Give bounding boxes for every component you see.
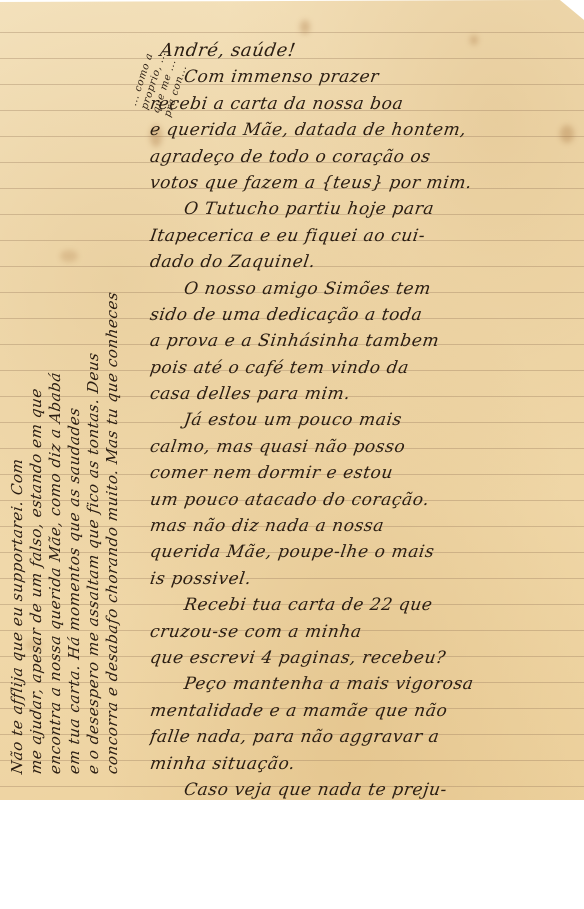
body-line: votos que fazem a {teus} por mim. [148, 170, 584, 196]
body-line: que escrevi 4 paginas, recebeu? [148, 645, 584, 671]
margin-note-line: me ajudar, apesar de um falso, estando e… [27, 0, 46, 791]
margin-note-line: em tua carta. Há momentos que as saudade… [65, 0, 84, 791]
body-line: Itapecerica e eu fiquei ao cui- [148, 223, 584, 249]
body-line: pois até o café tem vindo da [148, 355, 584, 381]
body-line: recebi a carta da nossa boa [148, 91, 584, 117]
body-line: Com immenso prazer [148, 64, 584, 90]
body-line: comer nem dormir e estou [148, 460, 584, 486]
body-line: agradeço de todo o coração os [148, 144, 584, 170]
salutation: André, saúde! [148, 38, 584, 64]
margin-note-line: encontra a nossa querida Mãe, como diz a… [46, 0, 65, 791]
margin-note-line: concorra e desabafo chorando muito. Mas … [103, 0, 122, 791]
body-line: Já estou um pouco mais [148, 407, 584, 433]
body-line: minha situação. [148, 751, 584, 777]
body-line: is possivel. [148, 566, 584, 592]
body-line: querida Mãe, poupe-lhe o mais [148, 539, 584, 565]
body-line: Peço mantenha a mais vigorosa [148, 671, 584, 697]
body-line: sido de uma dedicação a toda [148, 302, 584, 328]
body-line: e querida Mãe, datada de hontem, [148, 117, 584, 143]
body-line: falle nada, para não aggravar a [148, 724, 584, 750]
body-line: calmo, mas quasi não posso [148, 434, 584, 460]
torn-corner [560, 0, 584, 20]
body-line: a prova e a Sinhásinha tambem [148, 328, 584, 354]
margin-note-line: Não te afflija que eu supportarei. Com [8, 0, 27, 791]
body-line: casa delles para mim. [148, 381, 584, 407]
body-line: dado do Zaquinel. [148, 249, 584, 275]
body-line: O nosso amigo Simões tem [148, 276, 584, 302]
body-line: mas não diz nada a nossa [148, 513, 584, 539]
body-line: O Tutucho partiu hoje para [148, 196, 584, 222]
body-line: cruzou-se com a minha [148, 619, 584, 645]
letter-page: ... como a proprio, ... que me ... pra c… [0, 0, 584, 800]
stain-mark [300, 20, 310, 34]
margin-note-line: e o desespero me assaltam que fico as to… [84, 0, 103, 791]
body-line: um pouco atacado do coração. [148, 487, 584, 513]
left-margin-note: Não te afflija que eu supportarei. Com m… [8, 0, 158, 790]
letter-body: André, saúde! Com immenso prazer recebi … [150, 38, 584, 800]
body-line: Caso veja que nada te preju- [148, 777, 584, 800]
body-line: Recebi tua carta de 22 que [148, 592, 584, 618]
body-line: mentalidade e a mamãe que não [148, 698, 584, 724]
